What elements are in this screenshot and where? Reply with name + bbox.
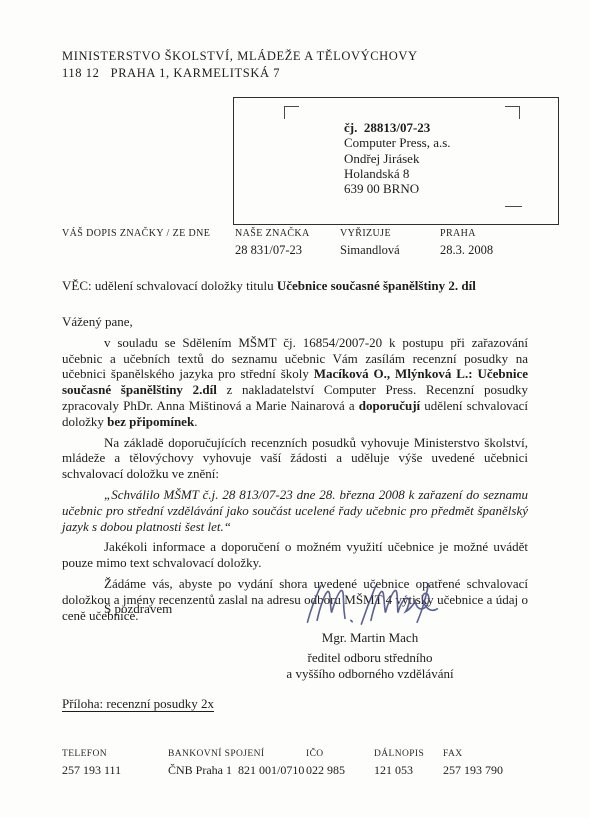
- approval-clause-quote: „Schválilo MŠMT č.j. 28 813/07-23 dne 28…: [62, 487, 528, 534]
- crop-mark-bottom-right-icon: [505, 206, 522, 207]
- signer-title-line2: a vyššího odborného vzdělávání: [272, 666, 468, 682]
- ref-value-our-ref: 28 831/07-23: [235, 243, 310, 258]
- signer-name: Mgr. Martin Mach: [272, 630, 468, 646]
- recipient-city: 639 00 BRNO: [344, 181, 451, 196]
- subject-prefix: VĚC: udělení schvalovací doložky titulu: [62, 278, 277, 293]
- recipient-address: čj. 28813/07-23 Computer Press, a.s. Ond…: [344, 120, 451, 196]
- footer-col-ico: IČO 022 985: [306, 749, 345, 778]
- paragraph-2: Na základě doporučujících recenzních pos…: [62, 435, 528, 482]
- footer-col-bank: BANKOVNÍ SPOJENÍ ČNB Praha 1 821 001/071…: [168, 749, 304, 778]
- footer-col-dalnopis: DÁLNOPIS 121 053: [374, 749, 424, 778]
- attachment-note: Příloha: recenzní posudky 2x: [62, 696, 214, 712]
- ref-label-date: PRAHA: [440, 228, 493, 239]
- footer-label-bank: BANKOVNÍ SPOJENÍ: [168, 749, 304, 759]
- signer-title: ředitel odboru středního a vyššího odbor…: [272, 650, 468, 681]
- p1-period: .: [194, 414, 197, 429]
- letter-body: Vážený pane, v souladu se Sdělením MŠMT …: [62, 314, 528, 623]
- footer-col-telefon: TELEFON 257 193 111: [62, 749, 121, 778]
- paragraph-1: v souladu se Sdělením MŠMT čj. 16854/200…: [62, 335, 528, 430]
- footer-value-ico: 022 985: [306, 763, 345, 778]
- footer-value-fax: 257 193 790: [443, 763, 503, 778]
- file-number: čj. 28813/07-23: [344, 120, 451, 135]
- footer-label-telefon: TELEFON: [62, 749, 121, 759]
- paragraph-3: Jakékoli informace a doporučení o možném…: [62, 539, 528, 571]
- footer-label-fax: FAX: [443, 749, 503, 759]
- subject-title: Učebnice současné španělštiny 2. díl: [277, 278, 476, 293]
- signature-block: Mgr. Martin Mach ředitel odboru středníh…: [272, 578, 468, 681]
- footer-label-dalnopis: DÁLNOPIS: [374, 749, 424, 759]
- ref-label-your-letter: VÁŠ DOPIS ZNAČKY / ZE DNE: [62, 228, 210, 239]
- p1-bold-recommend: doporučují: [359, 398, 420, 413]
- footer-label-ico: IČO: [306, 749, 345, 759]
- recipient-address-box: čj. 28813/07-23 Computer Press, a.s. Ond…: [233, 97, 559, 225]
- ref-value-handled-by: Simandlová: [340, 243, 400, 258]
- ministry-address: 118 12 PRAHA 1, KARMELITSKÁ 7: [62, 65, 418, 82]
- subject-line: VĚC: udělení schvalovací doložky titulu …: [62, 278, 532, 294]
- letterhead: MINISTERSTVO ŠKOLSTVÍ, MLÁDEŽE A TĚLOVÝC…: [62, 48, 418, 81]
- ref-col-handled-by: VYŘIZUJE Simandlová: [340, 228, 400, 258]
- recipient-company: Computer Press, a.s.: [344, 135, 451, 150]
- ref-value-date: 28.3. 2008: [440, 243, 493, 258]
- ref-col-date: PRAHA 28.3. 2008: [440, 228, 493, 258]
- footer-col-fax: FAX 257 193 790: [443, 749, 503, 778]
- footer-value-telefon: 257 193 111: [62, 763, 121, 778]
- p1-bold-no-objections: bez připomínek: [107, 414, 194, 429]
- recipient-street: Holandská 8: [344, 166, 451, 181]
- ref-label-our-ref: NAŠE ZNAČKA: [235, 228, 310, 239]
- ministry-name: MINISTERSTVO ŠKOLSTVÍ, MLÁDEŽE A TĚLOVÝC…: [62, 48, 418, 65]
- closing-phrase: S pozdravem: [104, 601, 172, 617]
- ref-col-your-letter: VÁŠ DOPIS ZNAČKY / ZE DNE: [62, 228, 210, 243]
- footer-value-dalnopis: 121 053: [374, 763, 424, 778]
- signer-title-line1: ředitel odboru středního: [272, 650, 468, 666]
- ref-label-handled-by: VYŘIZUJE: [340, 228, 400, 239]
- crop-mark-top-left-icon: [284, 106, 299, 119]
- letter-page: MINISTERSTVO ŠKOLSTVÍ, MLÁDEŽE A TĚLOVÝC…: [0, 0, 590, 818]
- footer-value-bank: ČNB Praha 1 821 001/0710: [168, 763, 304, 778]
- crop-mark-top-right-icon: [505, 106, 520, 119]
- recipient-person: Ondřej Jirásek: [344, 151, 451, 166]
- handwritten-signature-icon: [295, 578, 445, 628]
- salutation: Vážený pane,: [62, 314, 528, 330]
- ref-col-our-ref: NAŠE ZNAČKA 28 831/07-23: [235, 228, 310, 258]
